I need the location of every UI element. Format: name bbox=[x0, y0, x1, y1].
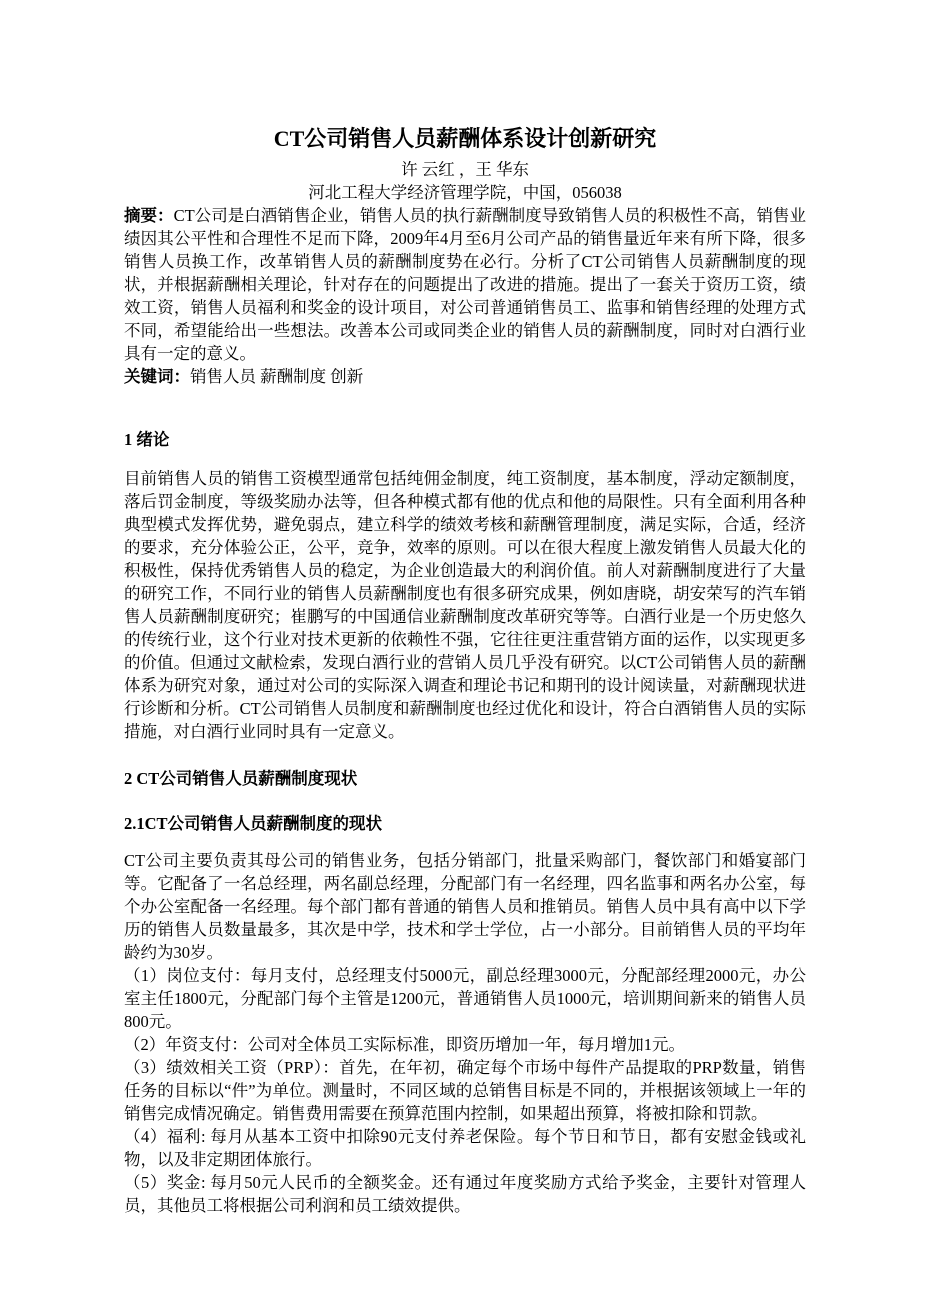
section-2-heading: 2 CT公司销售人员薪酬制度现状 bbox=[124, 767, 806, 790]
affiliation-line: 河北工程大学经济管理学院，中国，056038 bbox=[124, 181, 806, 204]
section-1-heading: 1 绪论 bbox=[124, 428, 806, 451]
abstract-text: CT公司是白酒销售企业，销售人员的执行薪酬制度导致销售人员的积极性不高，销售业绩… bbox=[124, 206, 806, 363]
abstract-label: 摘要： bbox=[124, 206, 174, 225]
salary-item-3: （3）绩效相关工资（PRP）：首先，在年初，确定每个市场中每件产品提取的PRP数… bbox=[124, 1056, 806, 1125]
salary-item-4: （4）福利: 每月从基本工资中扣除90元支付养老保险。每个节日和节日，都有安慰金… bbox=[124, 1125, 806, 1171]
keywords-text: 销售人员 薪酬制度 创新 bbox=[190, 367, 363, 386]
abstract-paragraph: 摘要：CT公司是白酒销售企业，销售人员的执行薪酬制度导致销售人员的积极性不高，销… bbox=[124, 204, 806, 365]
section-1-paragraph: 目前销售人员的销售工资模型通常包括纯佣金制度，纯工资制度，基本制度，浮动定额制度… bbox=[124, 467, 806, 743]
section-2-1-heading: 2.1CT公司销售人员薪酬制度的现状 bbox=[124, 812, 806, 835]
authors-line: 许 云红 ，王 华东 bbox=[124, 158, 806, 181]
salary-item-5: （5）奖金: 每月50元人民币的全额奖金。还有通过年度奖励方式给予奖金，主要针对… bbox=[124, 1171, 806, 1217]
salary-item-1: （1）岗位支付：每月支付，总经理支付5000元，副总经理3000元，分配部经理2… bbox=[124, 964, 806, 1033]
salary-item-2: （2）年资支付：公司对全体员工实际标准，即资历增加一年，每月增加1元。 bbox=[124, 1033, 806, 1056]
section-2-1-paragraph: CT公司主要负责其母公司的销售业务，包括分销部门，批量采购部门，餐饮部门和婚宴部… bbox=[124, 849, 806, 964]
keywords-paragraph: 关键词：销售人员 薪酬制度 创新 bbox=[124, 365, 806, 388]
keywords-label: 关键词： bbox=[124, 367, 190, 386]
paper-title: CT公司销售人员薪酬体系设计创新研究 bbox=[124, 124, 806, 154]
paper-page: CT公司销售人员薪酬体系设计创新研究 许 云红 ，王 华东 河北工程大学经济管理… bbox=[0, 0, 925, 1309]
